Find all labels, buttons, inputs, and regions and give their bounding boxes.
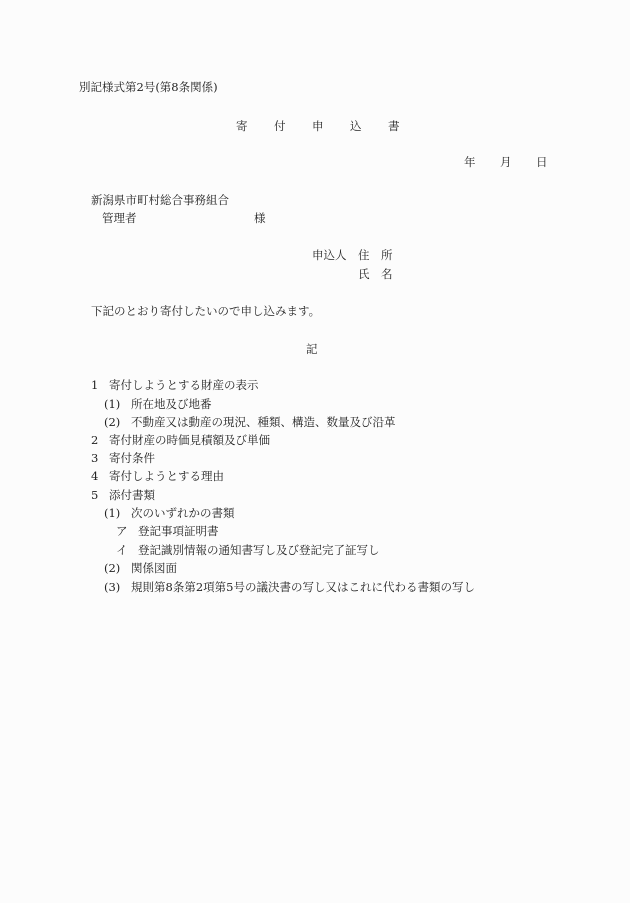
list-item: イ登記識別情報の通知書写し及び登記完了証写し (116, 543, 380, 557)
list-item: 4寄付しようとする理由 (91, 469, 224, 483)
applicant-label: 申込人 (312, 248, 347, 262)
list-item: (1)所在地及び地番 (104, 397, 212, 411)
applicant-address-label: 住 所 (358, 248, 393, 262)
list-item: ア登記事項証明書 (116, 524, 219, 538)
list-item: (1)次のいずれかの書類 (104, 506, 235, 520)
form-label: 別記様式第2号(第8条関係) (79, 80, 218, 94)
addressee-honorific: 様 (254, 211, 266, 225)
date-day: 日 (536, 155, 548, 169)
list-item: (3)規則第8条第2項第5号の議決書の写し又はこれに代わる書類の写し (104, 580, 475, 594)
list-item: (2)不動産又は動産の現況、種類、構造、数量及び沿革 (104, 415, 396, 429)
list-item: 2寄付財産の時価見積額及び単価 (91, 433, 270, 447)
list-item: 1寄付しようとする財産の表示 (91, 378, 259, 392)
applicant-name-label: 氏 名 (358, 267, 393, 281)
list-item: (2)関係図面 (104, 561, 177, 575)
date-month: 月 (500, 155, 512, 169)
list-item: 3寄付条件 (91, 451, 155, 465)
addressee-organization: 新潟県市町村総合事務組合 (91, 193, 229, 207)
list-item: 5添付書類 (91, 488, 155, 502)
ki-heading: 記 (306, 342, 318, 356)
addressee-recipient: 管理者 (102, 211, 137, 225)
statement: 下記のとおり寄付したいので申し込みます。 (91, 304, 320, 318)
document-title: 寄付申込書 (236, 119, 426, 133)
date-year: 年 (464, 155, 476, 169)
